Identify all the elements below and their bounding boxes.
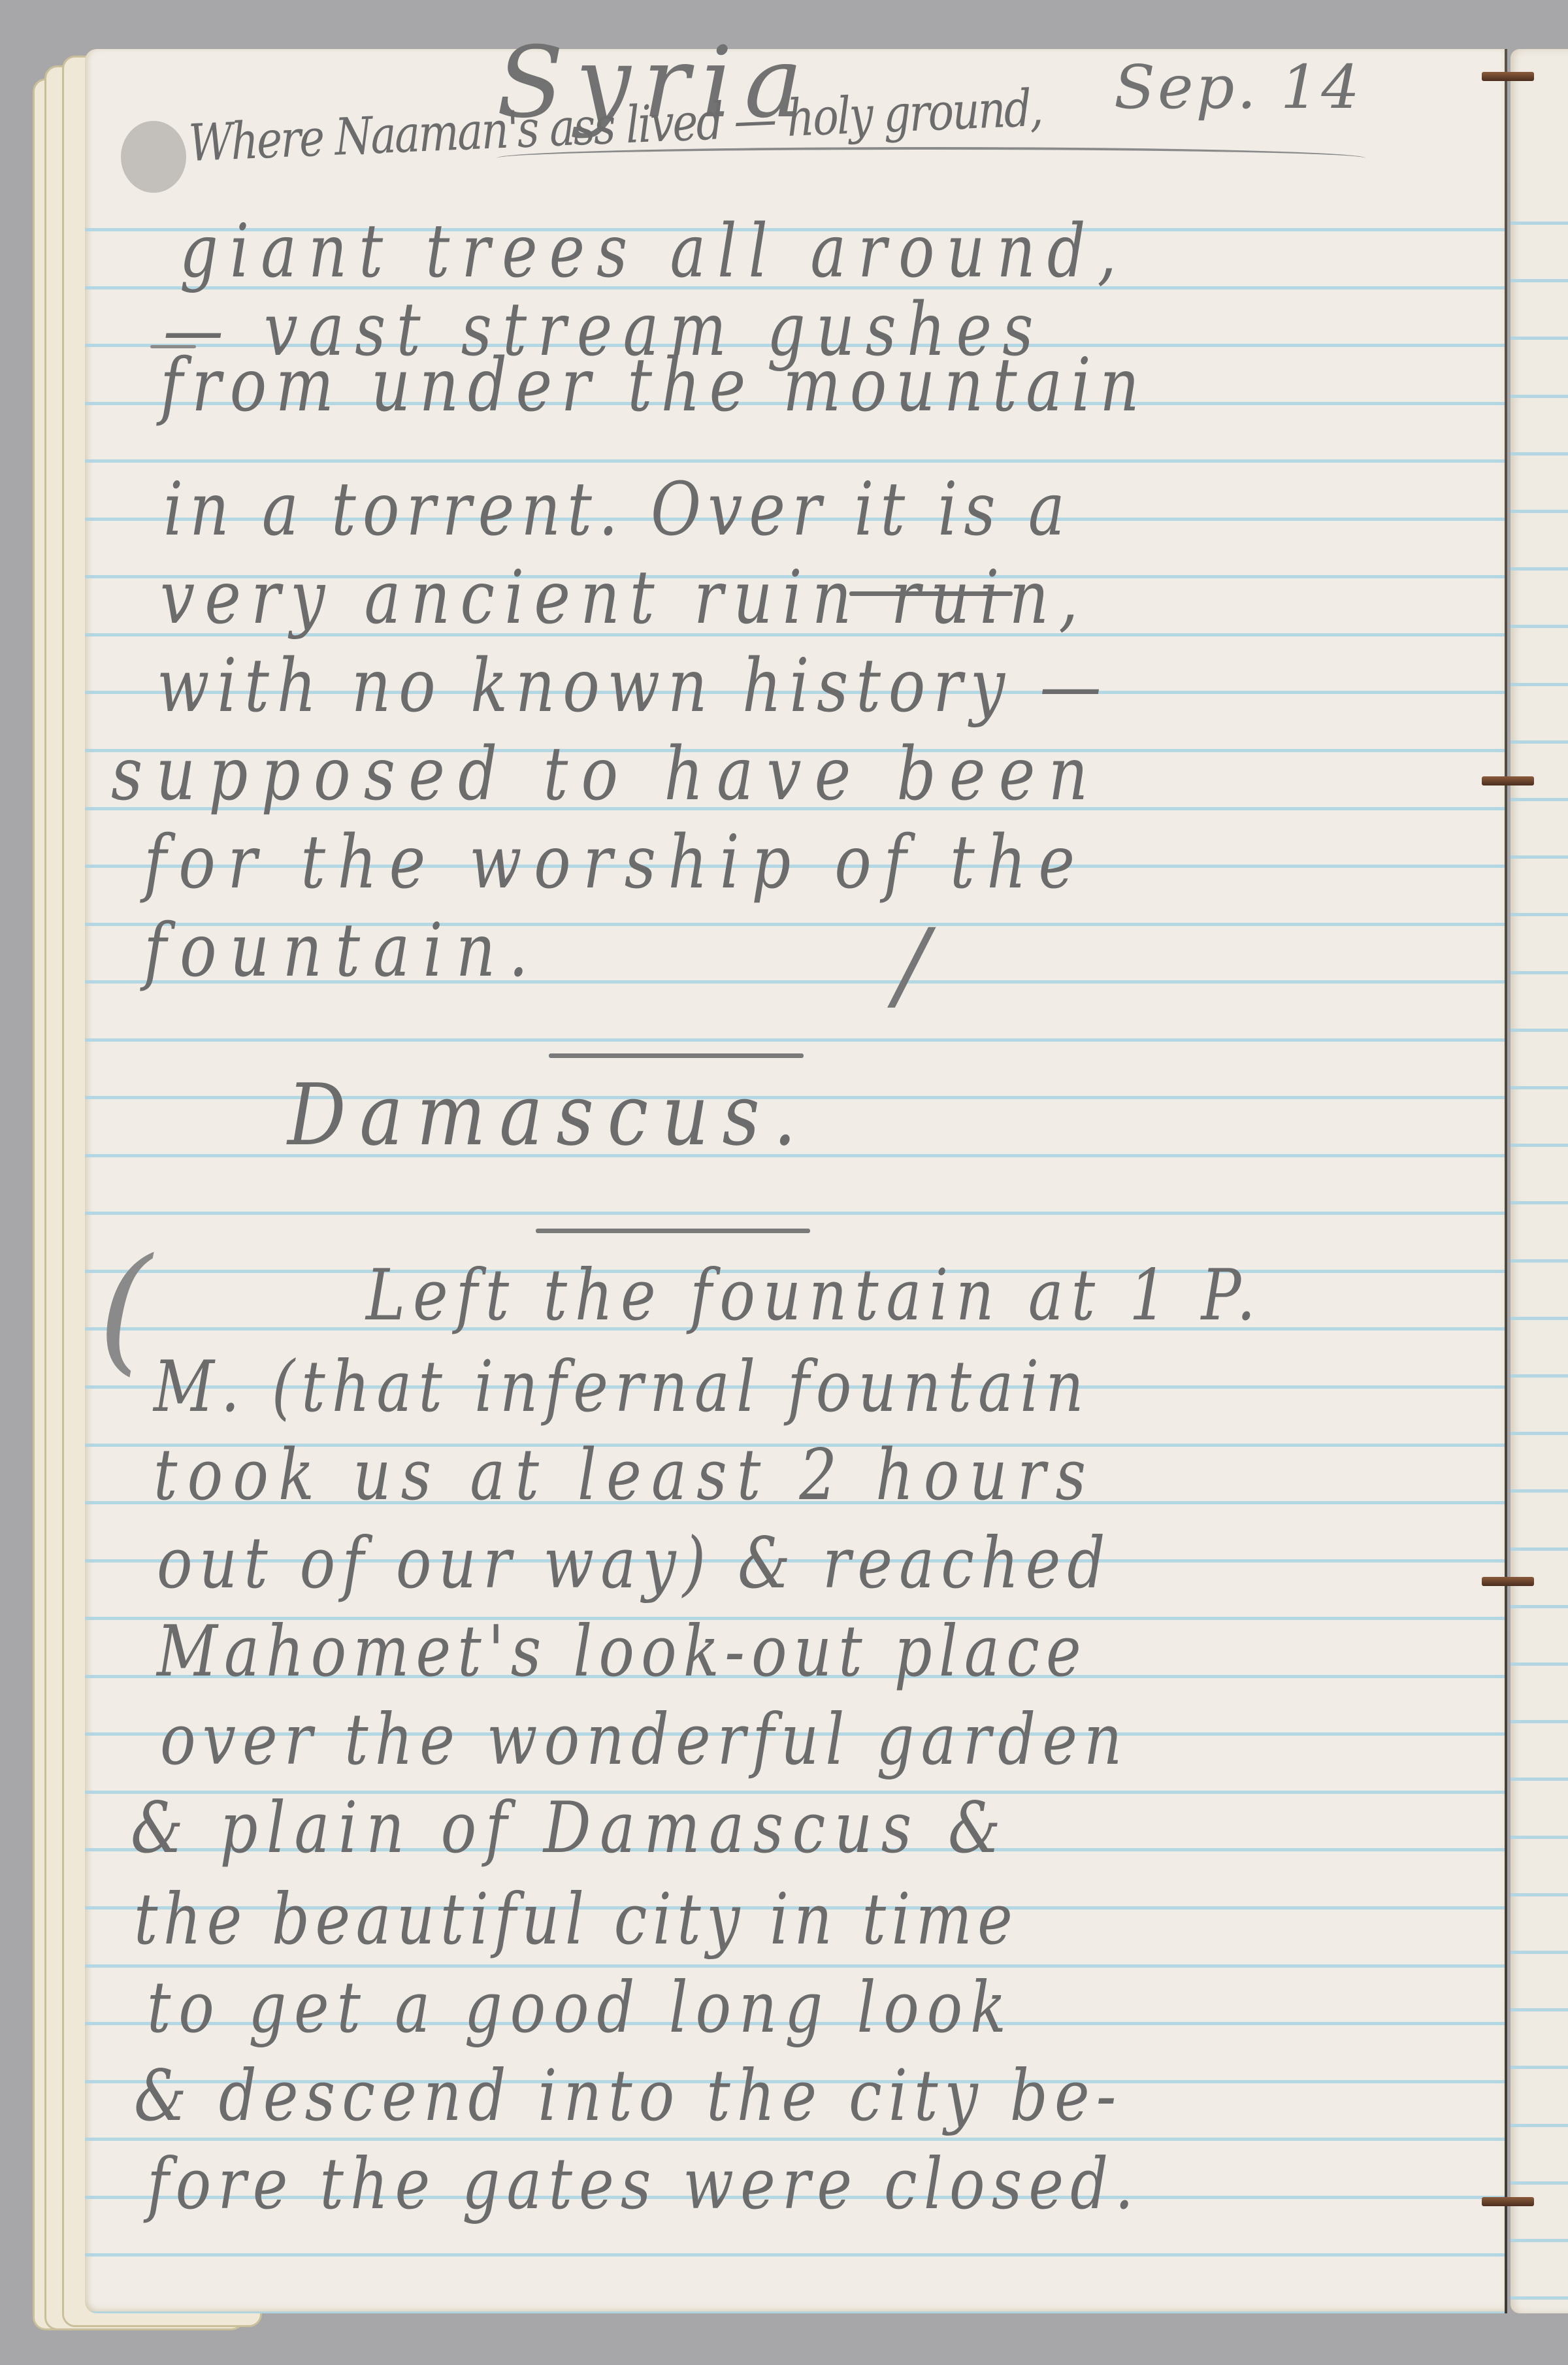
ruled-line <box>1511 740 1568 744</box>
text-line-8: supposed to have been <box>111 732 1101 817</box>
ruled-line <box>1511 1951 1568 1954</box>
ruled-line <box>1511 1374 1568 1378</box>
ruled-line <box>1511 1605 1568 1608</box>
ruled-line <box>1511 2181 1568 2185</box>
ruled-line <box>1511 2008 1568 2011</box>
ruled-line <box>1511 1086 1568 1089</box>
ruled-line <box>1511 1720 1568 1723</box>
strikethrough-mark <box>849 591 1013 596</box>
ruled-line <box>1511 1778 1568 1781</box>
ruled-line <box>1511 1144 1568 1147</box>
text-line-18: & plain of Damascus & <box>131 1787 1009 1869</box>
ruled-line <box>1511 798 1568 801</box>
entry-date: Sep. 14 <box>1114 52 1362 122</box>
ruled-line <box>1511 1893 1568 1896</box>
ruled-line <box>1511 1029 1568 1032</box>
ruled-line <box>85 1212 1506 1215</box>
staple-3 <box>1482 1577 1534 1586</box>
slash-mark: / <box>895 908 928 1022</box>
heading-ornament-bottom <box>536 1229 810 1233</box>
ruled-line <box>1511 683 1568 686</box>
ruled-line <box>1511 279 1568 282</box>
text-line-12: Left the fountain at 1 P. <box>366 1255 1264 1336</box>
text-line-19: the beautiful city in time <box>134 1879 1018 1960</box>
ruled-line <box>1511 855 1568 859</box>
section-heading: Damascus. <box>287 1065 810 1165</box>
ruled-line <box>1511 971 1568 974</box>
ruled-line <box>1511 1432 1568 1435</box>
staple-4 <box>1482 2197 1534 2206</box>
ruled-line <box>1511 2124 1568 2127</box>
ruled-line <box>1511 1836 1568 1839</box>
ruled-line <box>1511 1547 1568 1551</box>
ruled-line <box>1511 2296 1568 2300</box>
ruled-line <box>85 1038 1506 1042</box>
heading-ornament-top <box>549 1053 804 1058</box>
ruled-line <box>1511 222 1568 225</box>
ruled-line <box>1511 1662 1568 1666</box>
text-line-15: out of our way) & reached <box>157 1523 1112 1604</box>
text-line-6: very ancient ruin ruin, <box>160 555 1088 640</box>
text-line-20: to get a good long look <box>147 1967 1014 2049</box>
ruled-line <box>1511 1201 1568 1204</box>
ruled-line <box>1511 2239 1568 2242</box>
text-line-4: from under the mountain <box>160 343 1148 428</box>
ruled-line <box>1511 1489 1568 1493</box>
ruled-line <box>1511 2066 1568 2069</box>
text-line-7: with no known history — <box>157 644 1109 729</box>
staple-1 <box>1482 72 1534 81</box>
text-line-22: fore the gates were closed. <box>147 2143 1140 2225</box>
margin-bracket: ( <box>98 1229 152 1389</box>
staple-2 <box>1482 776 1534 786</box>
ruled-line <box>1511 1259 1568 1263</box>
facing-page-edge <box>1511 49 1568 2313</box>
text-line-17: over the wonderful garden <box>160 1699 1129 1781</box>
scribbled-out-mark <box>121 121 186 193</box>
text-line-14: took us at least 2 hours <box>154 1434 1096 1516</box>
notebook-spine <box>1505 49 1507 2313</box>
ruled-line <box>1511 567 1568 571</box>
ruled-line <box>85 459 1506 463</box>
ruled-line <box>1511 510 1568 513</box>
text-line-16: Mahomet's look-out place <box>157 1611 1088 1693</box>
ruled-line <box>85 2311 1506 2313</box>
text-line-13: M. (that infernal fountain <box>154 1346 1090 1428</box>
text-line-9: for the worship of the <box>144 820 1087 905</box>
text-line-2: giant trees all around, <box>180 209 1128 294</box>
text-line-5: in a torrent. Over it is a <box>163 467 1071 552</box>
text-line-21: & descend into the city be- <box>134 2055 1122 2137</box>
ruled-line <box>1511 913 1568 916</box>
ruled-line <box>85 2253 1506 2257</box>
ruled-line <box>1511 625 1568 628</box>
ruled-line <box>1511 337 1568 340</box>
ruled-line <box>85 2138 1506 2141</box>
text-line-10: fountain. <box>144 908 542 993</box>
ruled-line <box>1511 395 1568 398</box>
ruled-line <box>1511 452 1568 455</box>
ruled-line <box>1511 1317 1568 1320</box>
